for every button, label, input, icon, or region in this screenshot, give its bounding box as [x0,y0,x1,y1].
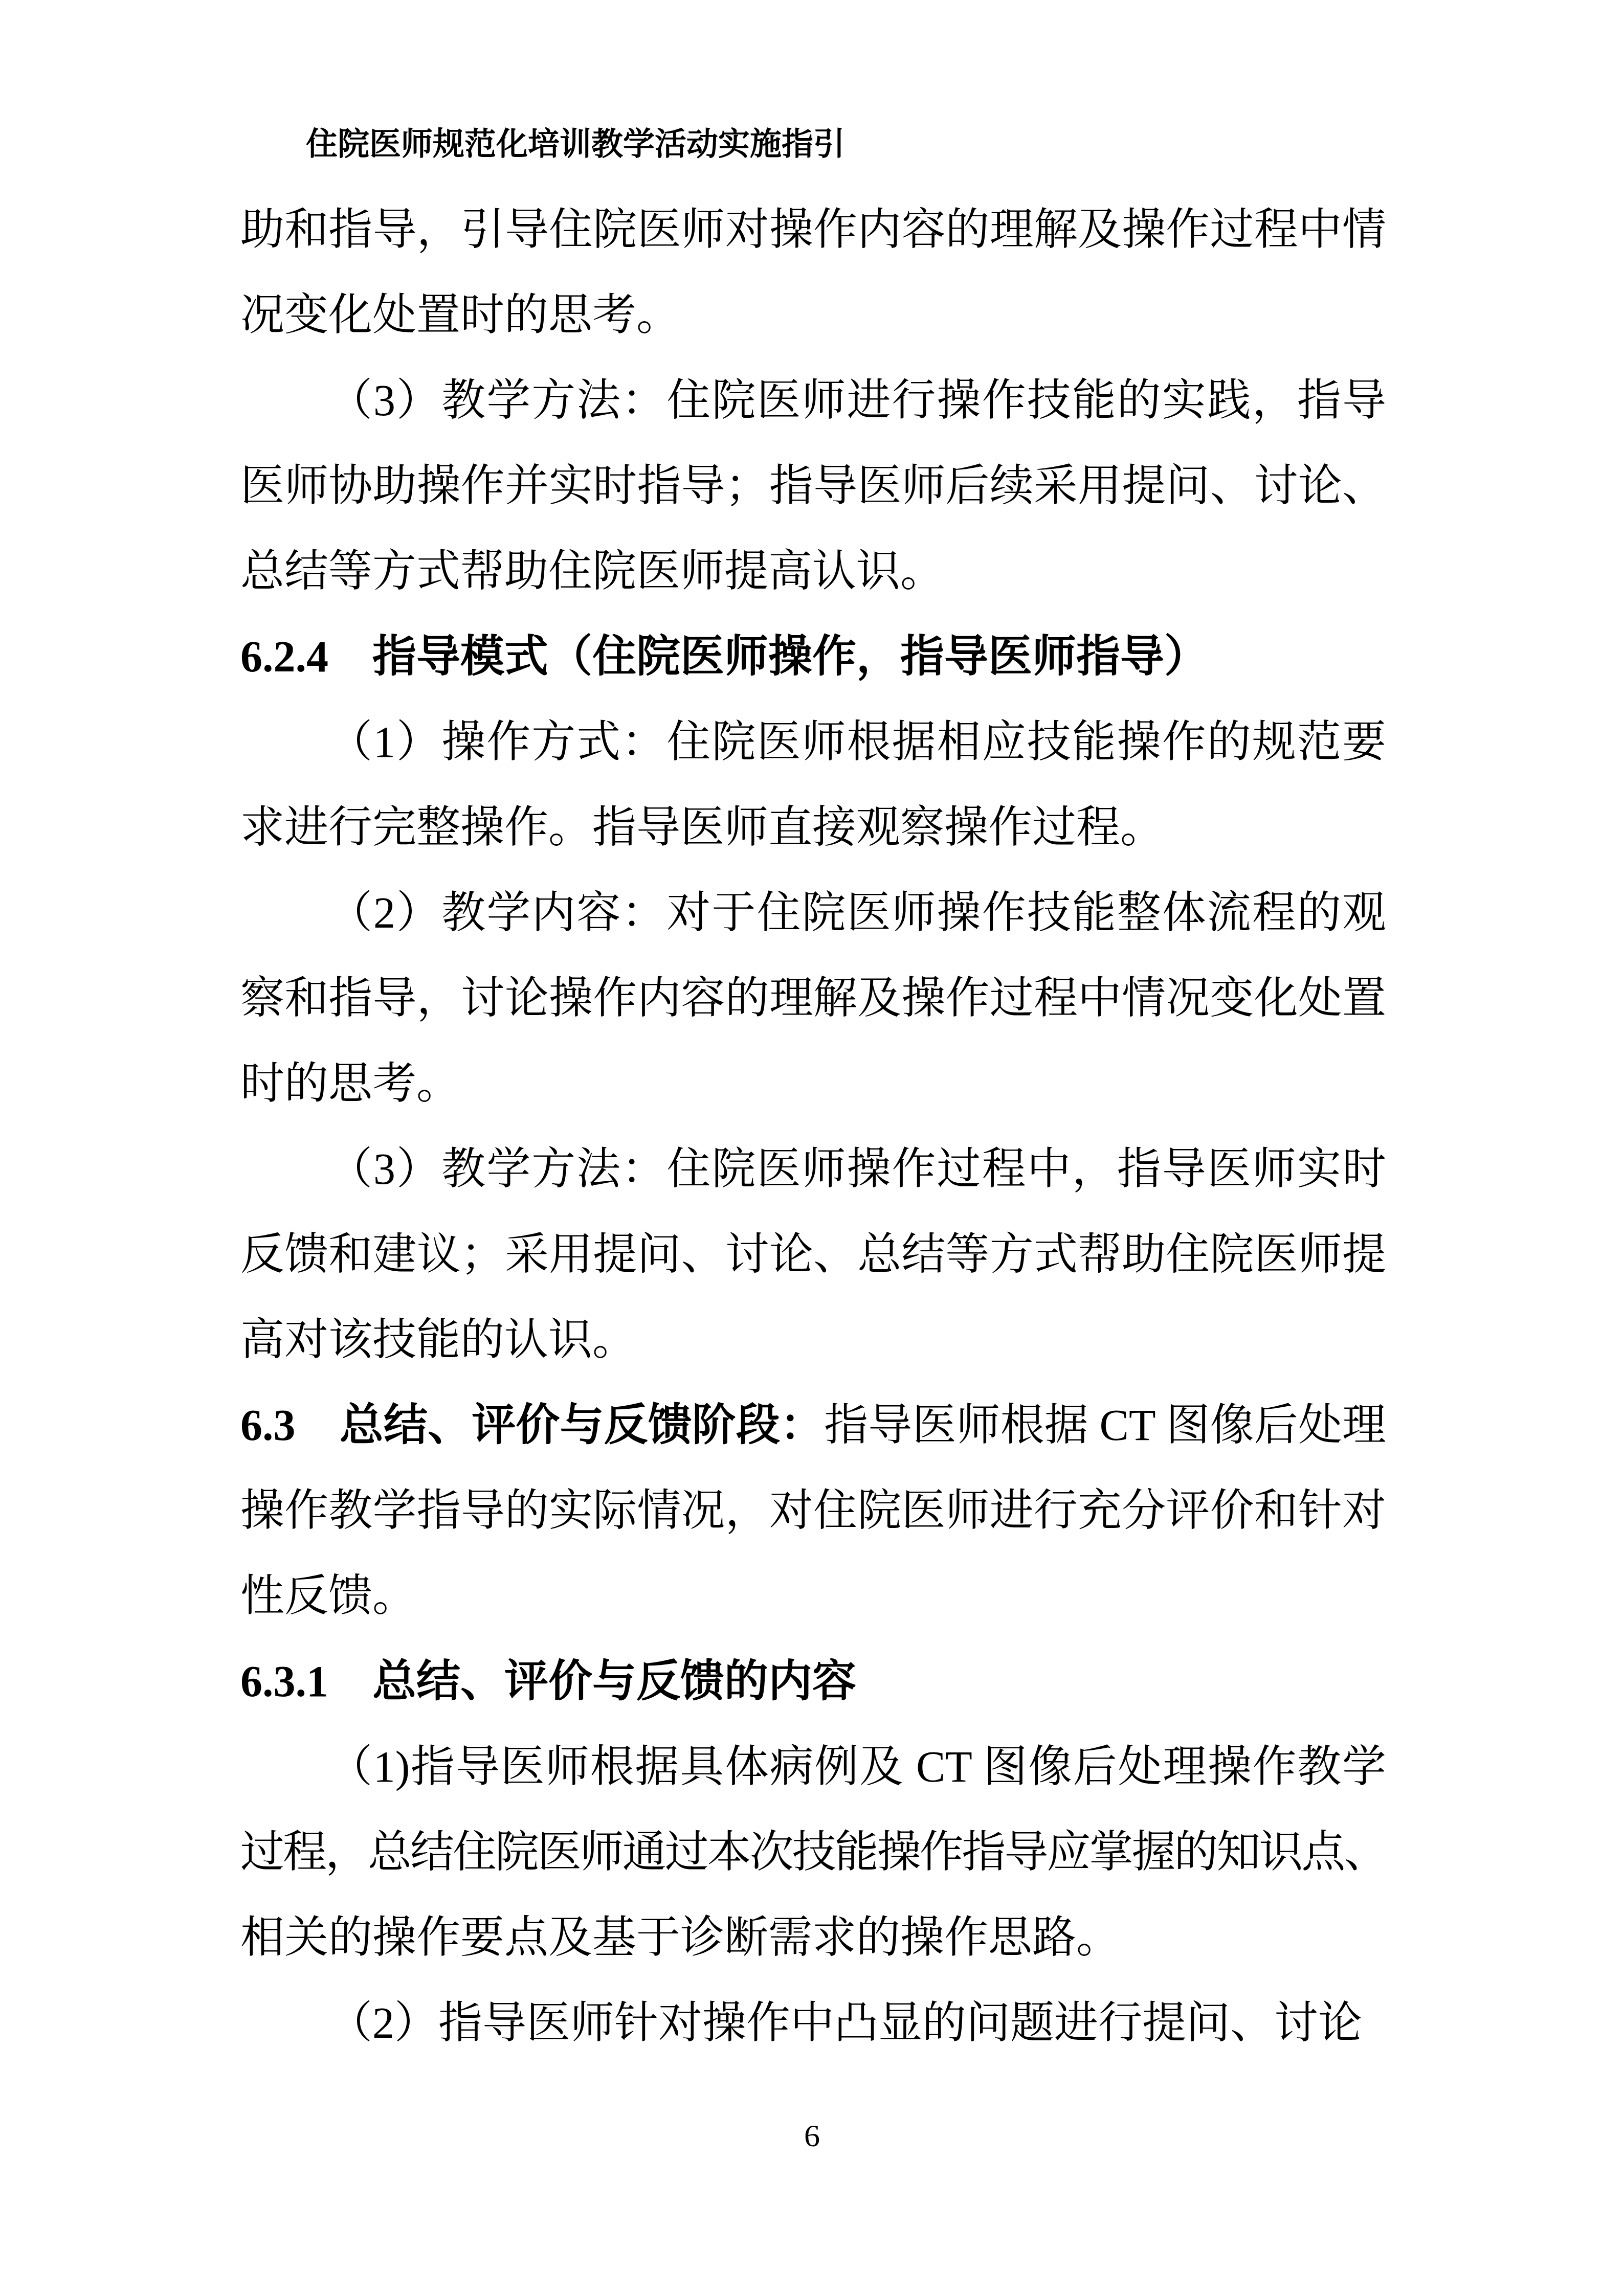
body-line: 反馈和建议；采用提问、讨论、总结等方式帮助住院医师提 [240,1212,1386,1297]
body-line: （2）指导医师针对操作中凸显的问题进行提问、讨论 [240,1980,1386,2066]
body-line: 医师协助操作并实时指导；指导医师后续采用提问、讨论、 [240,443,1386,529]
body-line: （1)指导医师根据具体病例及 CT 图像后处理操作教学 [240,1724,1386,1810]
body-line: 况变化处置时的思考。 [240,273,1386,358]
body-line: 操作教学指导的实际情况，对住院医师进行充分评价和针对 [240,1468,1386,1554]
page-number: 6 [0,2118,1624,2154]
body-line: （3）教学方法：住院医师操作过程中，指导医师实时 [240,1127,1386,1212]
body-line: 时的思考。 [240,1041,1386,1127]
body-line: 求进行完整操作。指导医师直接观察操作过程。 [240,785,1386,870]
document-page: 住院医师规范化培训教学活动实施指引 助和指导，引导住院医师对操作内容的理解及操作… [0,0,1624,2296]
section-heading: 6.3.1 总结、评价与反馈的内容 [240,1639,1386,1724]
body-line-text: 指导医师根据 CT 图像后处理 [824,1401,1386,1450]
body-line: 助和指导，引导住院医师对操作内容的理解及操作过程中情 [240,187,1386,273]
page-header: 住院医师规范化培训教学活动实施指引 [306,119,845,164]
page-body: 助和指导，引导住院医师对操作内容的理解及操作过程中情 况变化处置时的思考。 （3… [240,187,1386,2066]
body-line: （1）操作方式：住院医师根据相应技能操作的规范要 [240,700,1386,785]
body-line: 总结等方式帮助住院医师提高认识。 [240,529,1386,614]
body-line: 6.3 总结、评价与反馈阶段：指导医师根据 CT 图像后处理 [240,1383,1386,1468]
body-line: 相关的操作要点及基于诊断需求的操作思路。 [240,1895,1386,1980]
body-line: （3）教学方法：住院医师进行操作技能的实践，指导 [240,358,1386,443]
section-heading: 6.2.4 指导模式（住院医师操作，指导医师指导） [240,614,1386,700]
body-line: （2）教学内容：对于住院医师操作技能整体流程的观 [240,870,1386,956]
section-heading-inline: 6.3 总结、评价与反馈阶段： [240,1401,824,1450]
body-line: 性反馈。 [240,1554,1386,1639]
body-line: 过程，总结住院医师通过本次技能操作指导应掌握的知识点、 [240,1810,1386,1895]
body-line: 高对该技能的认识。 [240,1297,1386,1383]
body-line: 察和指导，讨论操作内容的理解及操作过程中情况变化处置 [240,956,1386,1041]
